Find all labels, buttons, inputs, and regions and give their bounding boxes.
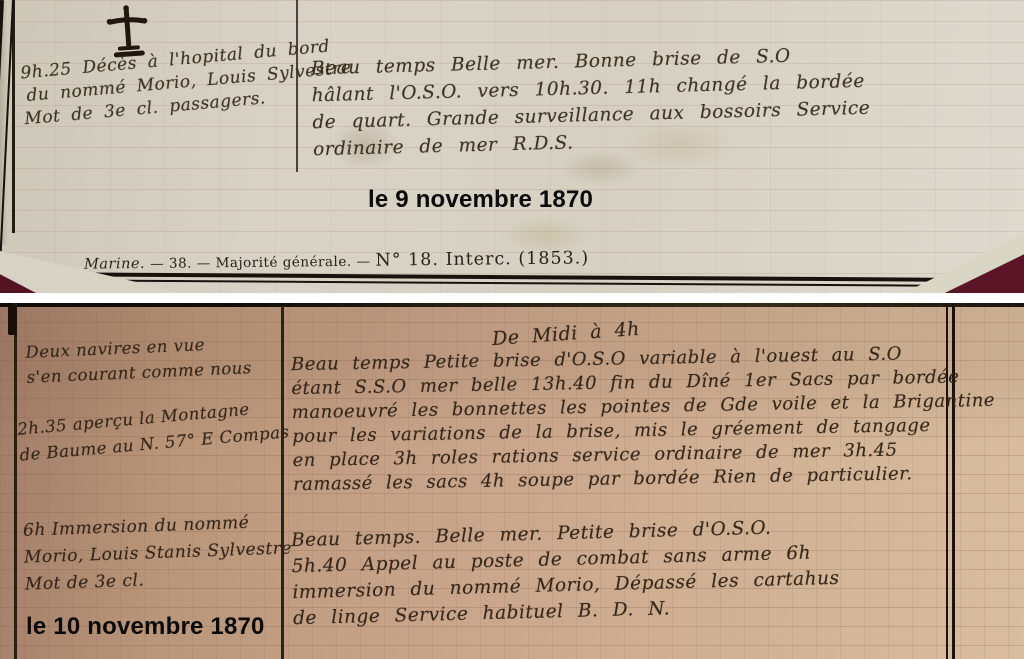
date-annotation-nov9: le 9 novembre 1870 <box>368 186 593 214</box>
footer-reference: N° 18. Interc. (1853.) <box>375 248 589 270</box>
entry-header-midi-4h: De Midi à 4h <box>491 318 640 350</box>
ink-blotch <box>8 305 17 335</box>
page-gap <box>0 293 1024 303</box>
logbook-scan: 9h.25 Décès à l'hopital du bord du nommé… <box>0 0 1024 659</box>
footer-number: — 38. — Majorité générale. — <box>150 254 370 272</box>
date-annotation-nov10: le 10 novembre 1870 <box>26 613 265 641</box>
logbook-page-nov9: 9h.25 Décès à l'hopital du bord du nommé… <box>0 0 1024 293</box>
column-divider <box>281 306 284 659</box>
printed-form-footer: Marine. — 38. — Majorité générale. — N° … <box>84 248 589 273</box>
burial-margin-note: 6h Immersion du nommé Morio, Louis Stani… <box>23 508 294 598</box>
sighting-note-ships: Deux navires en vue s'en courant comme n… <box>25 330 252 390</box>
sighting-note-mountain: 2h.35 aperçu la Montagne de Baume au N. … <box>16 393 290 468</box>
death-margin-note: 9h.25 Décès à l'hopital du bord du nommé… <box>20 34 355 132</box>
log-entry-evening: Beau temps. Belle mer. Petite brise d'O.… <box>291 514 841 632</box>
logbook-page-nov10: De Midi à 4h Deux navires en vue s'en co… <box>0 303 1024 659</box>
page-border-top <box>0 303 1024 307</box>
page-border-left <box>14 303 17 659</box>
footer-series: Marine. <box>84 256 145 273</box>
log-entry-nov9: Beau temps Belle mer. Bonne brise de S.O… <box>311 41 872 164</box>
log-entry-afternoon: Beau temps Petite brise d'O.S.O variable… <box>291 341 997 497</box>
page-border-left <box>12 0 15 233</box>
